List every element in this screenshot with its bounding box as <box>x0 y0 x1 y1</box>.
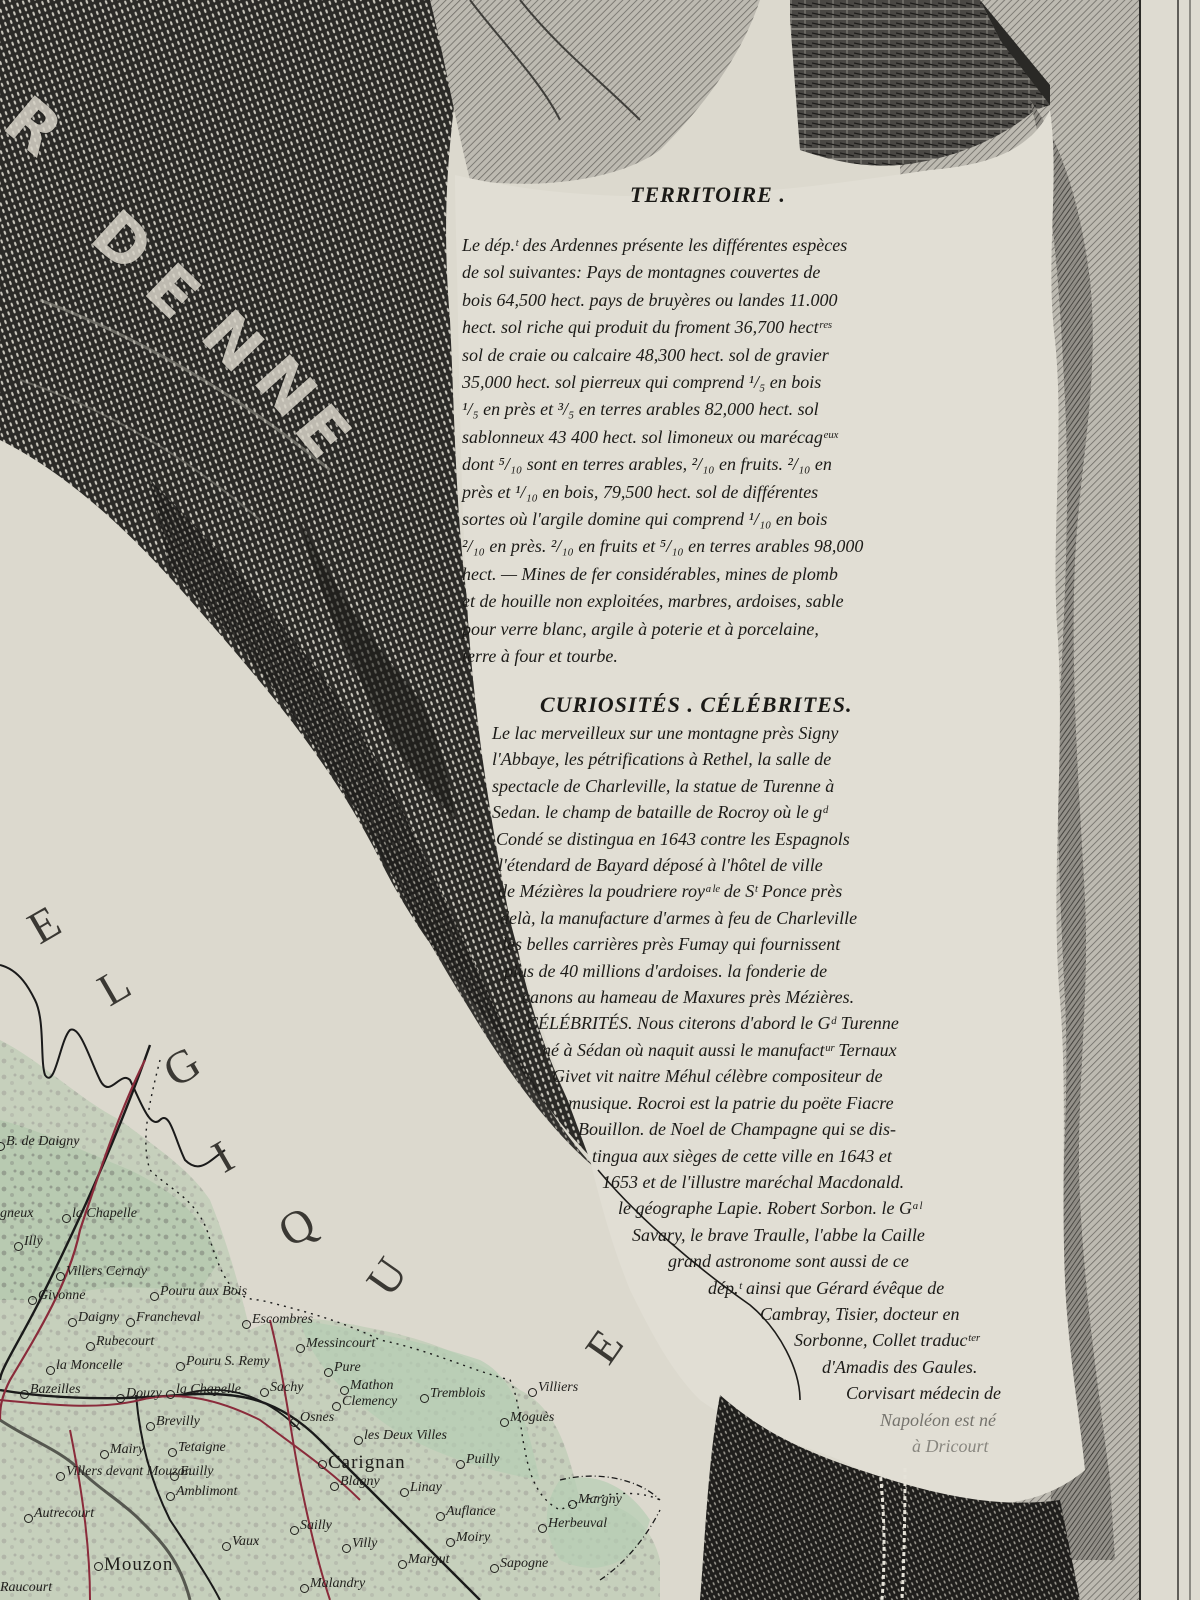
town-marker-icon <box>354 1436 363 1445</box>
map-place-label: Euilly <box>180 1464 213 1480</box>
curiosites-heading: CURIOSITÉS . CÉLÉBRITES. <box>540 692 853 718</box>
town-marker-icon <box>318 1460 327 1469</box>
text-line: sablonneux 43 400 hect. sol limoneux ou … <box>462 424 863 451</box>
map-place-label: gneux <box>0 1206 33 1222</box>
town-marker-icon <box>24 1514 33 1523</box>
map-place-label: Francheval <box>136 1310 201 1326</box>
town-marker-icon <box>100 1450 109 1459</box>
map-place-label: les Deux Villes <box>364 1428 447 1444</box>
map-place-label: Illy <box>24 1234 43 1250</box>
text-line: l'étendard de Bayard déposé à l'hôtel de… <box>492 852 1062 878</box>
map-place-label: Pouru aux Bois <box>160 1284 247 1300</box>
town-marker-icon <box>150 1292 159 1301</box>
map-place-label: Osnes <box>300 1410 334 1426</box>
text-line: sol de craie ou calcaire 48,300 hect. so… <box>462 342 863 369</box>
map-place-label: Margut <box>408 1552 449 1568</box>
map-place-label: la Chapelle <box>176 1382 241 1398</box>
territoire-heading: TERRITOIRE . <box>630 182 786 208</box>
map-place-label: Bazeilles <box>30 1382 81 1398</box>
text-line: dont ⁵/₁₀ sont en terres arables, ²/₁₀ e… <box>462 451 863 478</box>
text-line: de sol suivantes: Pays de montagnes couv… <box>462 259 863 286</box>
town-marker-icon <box>46 1366 55 1375</box>
text-line: Givet vit naitre Méhul célèbre composite… <box>492 1063 1062 1089</box>
map-place-label: Autrecourt <box>34 1506 94 1522</box>
text-line: sortes où l'argile domine qui comprend ¹… <box>462 506 863 533</box>
town-marker-icon <box>400 1488 409 1497</box>
text-line: et de houille non exploitées, marbres, a… <box>462 588 863 615</box>
text-line: dép.ᵗ ainsi que Gérard évêque de <box>492 1275 1062 1301</box>
map-place-label: Sapogne <box>500 1556 548 1572</box>
map-place-label: Raucourt <box>0 1580 52 1596</box>
town-marker-icon <box>290 1418 299 1427</box>
town-marker-icon <box>56 1472 65 1481</box>
text-line: tingua aux sièges de cette ville en 1643… <box>492 1143 1062 1169</box>
map-place-label: Mouzon <box>104 1554 173 1576</box>
town-marker-icon <box>242 1320 251 1329</box>
map-place-label: la Moncelle <box>56 1358 122 1374</box>
map-place-label: Sachy <box>270 1380 303 1396</box>
town-marker-icon <box>538 1524 547 1533</box>
map-place-label: Blagny <box>340 1474 380 1490</box>
map-place-label: Douzy <box>126 1386 162 1402</box>
text-line: CÉLÉBRITÉS. Nous citerons d'abord le Gᵈ … <box>492 1010 1062 1036</box>
town-marker-icon <box>28 1296 37 1305</box>
text-line: Sorbonne, Collet traducᵗᵉʳ <box>492 1327 1062 1353</box>
map-place-label: Vaux <box>232 1534 259 1550</box>
map-place-label: Margny <box>578 1492 622 1508</box>
text-line: Sedan. le champ de bataille de Rocroy où… <box>492 799 1062 825</box>
curiosites-text: Le lac merveilleux sur une montagne près… <box>492 720 1062 1459</box>
map-place-label: Tremblois <box>430 1386 486 1402</box>
map-place-label: Linay <box>410 1480 442 1496</box>
town-marker-icon <box>296 1344 305 1353</box>
town-marker-icon <box>446 1538 455 1547</box>
town-marker-icon <box>528 1388 537 1397</box>
map-place-label: Puilly <box>466 1452 499 1468</box>
text-line: à Dricourt <box>492 1433 1062 1459</box>
text-line: Savary, le brave Traulle, l'abbe la Cail… <box>492 1222 1062 1248</box>
town-marker-icon <box>166 1492 175 1501</box>
text-line: bois 64,500 hect. pays de bruyères ou la… <box>462 287 863 314</box>
town-marker-icon <box>86 1342 95 1351</box>
town-marker-icon <box>490 1564 499 1573</box>
text-line: Napoléon est né <box>492 1407 1062 1433</box>
town-marker-icon <box>222 1542 231 1551</box>
text-line: hect. sol riche qui produit du froment 3… <box>462 314 863 341</box>
text-line: spectacle de Charleville, la statue de T… <box>492 773 1062 799</box>
town-marker-icon <box>56 1272 65 1281</box>
text-line: canons au hameau de Maxures près Mézière… <box>492 984 1062 1010</box>
town-marker-icon <box>456 1460 465 1469</box>
town-marker-icon <box>260 1388 269 1397</box>
town-marker-icon <box>420 1394 429 1403</box>
text-line: né à Sédan où naquit aussi le manufactᵘʳ… <box>492 1037 1062 1063</box>
map-place-label: la Chapelle <box>72 1206 137 1222</box>
map-place-label: Messincourt <box>306 1336 375 1352</box>
map-place-label: Clemency <box>342 1394 397 1410</box>
map-place-label: Amblimont <box>176 1484 237 1500</box>
map-place-label: Daigny <box>78 1310 119 1326</box>
text-line: musique. Rocroi est la patrie du poëte F… <box>492 1090 1062 1116</box>
text-line: 1653 et de l'illustre maréchal Macdonald… <box>492 1169 1062 1195</box>
text-line: grand astronome sont aussi de ce <box>492 1248 1062 1274</box>
map-place-label: Mairy <box>110 1442 144 1458</box>
town-marker-icon <box>62 1214 71 1223</box>
text-line: ¹/₅ en près et ³/₅ en terres arables 82,… <box>462 396 863 423</box>
text-line: pour verre blanc, argile à poterie et à … <box>462 616 863 643</box>
map-place-label: B. de Daigny <box>6 1134 79 1150</box>
map-place-label: Rubecourt <box>96 1334 154 1350</box>
text-line: Le dép.ᵗ des Ardennes présente les diffé… <box>462 232 863 259</box>
town-marker-icon <box>14 1242 23 1251</box>
map-place-label: Villers Cernay <box>66 1264 147 1280</box>
town-marker-icon <box>330 1482 339 1491</box>
town-marker-icon <box>300 1584 309 1593</box>
town-marker-icon <box>68 1318 77 1327</box>
town-marker-icon <box>168 1448 177 1457</box>
town-marker-icon <box>176 1362 185 1371</box>
town-marker-icon <box>170 1472 179 1481</box>
town-marker-icon <box>116 1394 125 1403</box>
text-line: le géographe Lapie. Robert Sorbon. le Gᵃ… <box>492 1195 1062 1221</box>
text-line: de Mézières la poudriere royᵃˡᵉ de Sᵗ Po… <box>492 878 1062 904</box>
map-place-label: Malandry <box>310 1576 365 1592</box>
text-line: d'Amadis des Gaules. <box>492 1354 1062 1380</box>
map-place-label: Auflance <box>446 1504 496 1520</box>
text-line: l'Abbaye, les pétrifications à Rethel, l… <box>492 746 1062 772</box>
map-place-label: Brevilly <box>156 1414 200 1430</box>
town-marker-icon <box>290 1526 299 1535</box>
town-marker-icon <box>20 1390 29 1399</box>
town-marker-icon <box>436 1512 445 1521</box>
town-marker-icon <box>500 1418 509 1427</box>
map-place-label: Givonne <box>38 1288 85 1304</box>
text-line: Le lac merveilleux sur une montagne près… <box>492 720 1062 746</box>
town-marker-icon <box>146 1422 155 1431</box>
text-line: hect. — Mines de fer considérables, mine… <box>462 561 863 588</box>
map-place-label: Sailly <box>300 1518 332 1534</box>
map-place-label: Tetaigne <box>178 1440 226 1456</box>
town-marker-icon <box>126 1318 135 1327</box>
text-line: 35,000 hect. sol pierreux qui comprend ¹… <box>462 369 863 396</box>
text-line: les belles carrières près Fumay qui four… <box>492 931 1062 957</box>
town-marker-icon <box>324 1368 333 1377</box>
map-place-label: Villy <box>352 1536 377 1552</box>
text-line: terre à four et tourbe. <box>462 643 863 670</box>
text-line: plus de 40 millions d'ardoises. la fonde… <box>492 958 1062 984</box>
map-place-label: Moguès <box>510 1410 554 1426</box>
map-place-label: Pouru S. Remy <box>186 1354 270 1370</box>
text-line: Bouillon. de Noel de Champagne qui se di… <box>492 1116 1062 1142</box>
town-marker-icon <box>94 1562 103 1571</box>
map-place-label: Escombres <box>252 1312 313 1328</box>
text-line: delà, la manufacture d'armes à feu de Ch… <box>492 905 1062 931</box>
town-marker-icon <box>568 1500 577 1509</box>
map-place-label: Pure <box>334 1360 361 1376</box>
map-place-label: Villiers <box>538 1380 578 1396</box>
text-line: Condé se distingua en 1643 contre les Es… <box>492 826 1062 852</box>
town-marker-icon <box>166 1390 175 1399</box>
antique-map-scene: R D E N N E E L G I Q U E TERRITOIRE . L… <box>0 0 1200 1600</box>
map-place-label: Moiry <box>456 1530 490 1546</box>
town-marker-icon <box>398 1560 407 1569</box>
map-place-label: Mathon <box>350 1378 394 1394</box>
map-place-label: Herbeuval <box>548 1516 607 1532</box>
text-line: près et ¹/₁₀ en bois, 79,500 hect. sol d… <box>462 479 863 506</box>
town-marker-icon <box>342 1544 351 1553</box>
text-line: ²/₁₀ en près. ²/₁₀ en fruits et ⁵/₁₀ en … <box>462 533 863 560</box>
text-line: Cambray, Tisier, docteur en <box>492 1301 1062 1327</box>
map-place-label: Carignan <box>328 1452 406 1474</box>
territoire-text: Le dép.ᵗ des Ardennes présente les diffé… <box>462 232 863 671</box>
